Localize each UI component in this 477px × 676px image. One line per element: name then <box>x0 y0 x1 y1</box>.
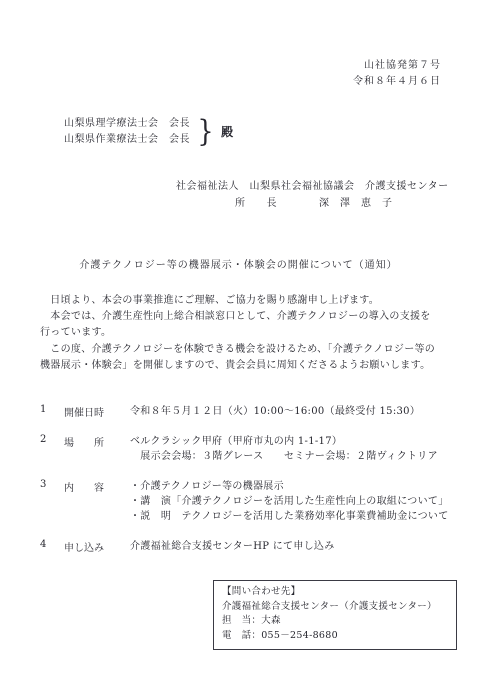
item-1-number: 1 <box>40 404 64 419</box>
item-2-line-1: ベルクラシック甲府（甲府市丸の内 1-1-17） <box>130 434 477 449</box>
item-3-content: ・介護テクノロジー等の機器展示 ・講 演「介護テクノロジーを活用した生産性向上の… <box>130 479 477 524</box>
item-4-label: 申し込み <box>64 539 130 554</box>
doc-date: 令和８年４月６日 <box>0 74 441 90</box>
item-1-label: 開催日時 <box>64 404 130 419</box>
addressee-block: 山梨県理学療法士会 会長 山梨県作業療法士会 会長 } 殿 <box>64 116 477 147</box>
item-3-number: 3 <box>40 479 64 524</box>
contact-phone: 電 話：055－254-8680 <box>222 629 448 644</box>
honorific-dono: 殿 <box>221 123 233 140</box>
item-2-number: 2 <box>40 434 64 464</box>
item-4-number: 4 <box>40 539 64 554</box>
sender-organization: 社会福祉法人 山梨県社会福祉協議会 介護支援センター <box>176 179 477 196</box>
body-line-2: 本会では、介護生産性向上総合相談窓口として、介護テクノロジーの導入の支援を <box>40 309 443 325</box>
item-4-line-1: 介護福祉総合支援センターHP にて申し込み <box>130 539 477 554</box>
body-line-1: 日頃より、本会の事業推進にご理解、ご協力を賜り感謝申し上げます。 <box>40 293 443 309</box>
detail-items: 1 開催日時 令和８年５月１２日（火）10:00～16:00（最終受付 15:3… <box>40 404 477 554</box>
item-date-time: 1 開催日時 令和８年５月１２日（火）10:00～16:00（最終受付 15:3… <box>40 404 477 419</box>
doc-number: 山社協発第７号 <box>0 58 441 74</box>
body-line-3: 行っています。 <box>40 325 443 341</box>
item-application: 4 申し込み 介護福祉総合支援センターHP にて申し込み <box>40 539 477 554</box>
sender-block: 社会福祉法人 山梨県社会福祉協議会 介護支援センター 所 長 深 澤 恵 子 <box>0 179 477 212</box>
body-text: 日頃より、本会の事業推進にご理解、ご協力を賜り感謝申し上げます。 本会では、介護… <box>40 293 443 374</box>
item-3-line-2: ・講 演「介護テクノロジーを活用した生産性向上の取組について」 <box>130 494 477 509</box>
body-line-4: この度、介護テクノロジーを体験できる機会を設けるため、「介護テクノロジー等の <box>40 342 443 358</box>
item-2-label: 場 所 <box>64 434 130 464</box>
sender-director-name: 所 長 深 澤 恵 子 <box>235 196 477 213</box>
item-3-line-1: ・介護テクノロジー等の機器展示 <box>130 479 477 494</box>
doc-header: 山社協発第７号 令和８年４月６日 <box>0 0 477 89</box>
item-4-content: 介護福祉総合支援センターHP にて申し込み <box>130 539 477 554</box>
item-contents: 3 内 容 ・介護テクノロジー等の機器展示 ・講 演「介護テクノロジーを活用した… <box>40 479 477 524</box>
brace-glyph: } <box>197 117 213 147</box>
document-page: 山社協発第７号 令和８年４月６日 山梨県理学療法士会 会長 山梨県作業療法士会 … <box>0 0 477 676</box>
recipient-line-1: 山梨県理学療法士会 会長 <box>64 116 190 132</box>
item-venue: 2 場 所 ベルクラシック甲府（甲府市丸の内 1-1-17） 展示会会場：３階グ… <box>40 434 477 464</box>
recipient-line-2: 山梨県作業療法士会 会長 <box>64 132 190 148</box>
item-1-content: 令和８年５月１２日（火）10:00～16:00（最終受付 15:30） <box>130 404 477 419</box>
item-2-content: ベルクラシック甲府（甲府市丸の内 1-1-17） 展示会会場：３階グレース セミ… <box>130 434 477 464</box>
item-3-line-3: ・説 明 テクノロジーを活用した業務効率化事業費補助金について <box>130 509 477 524</box>
item-2-line-2: 展示会会場：３階グレース セミナー会場：２階ヴィクトリア <box>130 449 477 464</box>
item-3-label: 内 容 <box>64 479 130 524</box>
body-line-5: 機器展示・体験会」を開催しますので、貴会会員に周知くださるようお願いします。 <box>40 358 443 374</box>
recipient-list: 山梨県理学療法士会 会長 山梨県作業療法士会 会長 <box>64 116 190 147</box>
document-title: 介護テクノロジー等の機器展示・体験会の開催について（通知） <box>0 256 477 271</box>
contact-organization: 介護福祉総合支援センター（介護支援センター） <box>222 600 448 615</box>
contact-box: 【問い合わせ先】 介護福祉総合支援センター（介護支援センター） 担 当：大森 電… <box>213 580 457 650</box>
contact-person: 担 当：大森 <box>222 614 448 629</box>
contact-heading: 【問い合わせ先】 <box>222 585 448 600</box>
item-1-line-1: 令和８年５月１２日（火）10:00～16:00（最終受付 15:30） <box>130 404 477 419</box>
